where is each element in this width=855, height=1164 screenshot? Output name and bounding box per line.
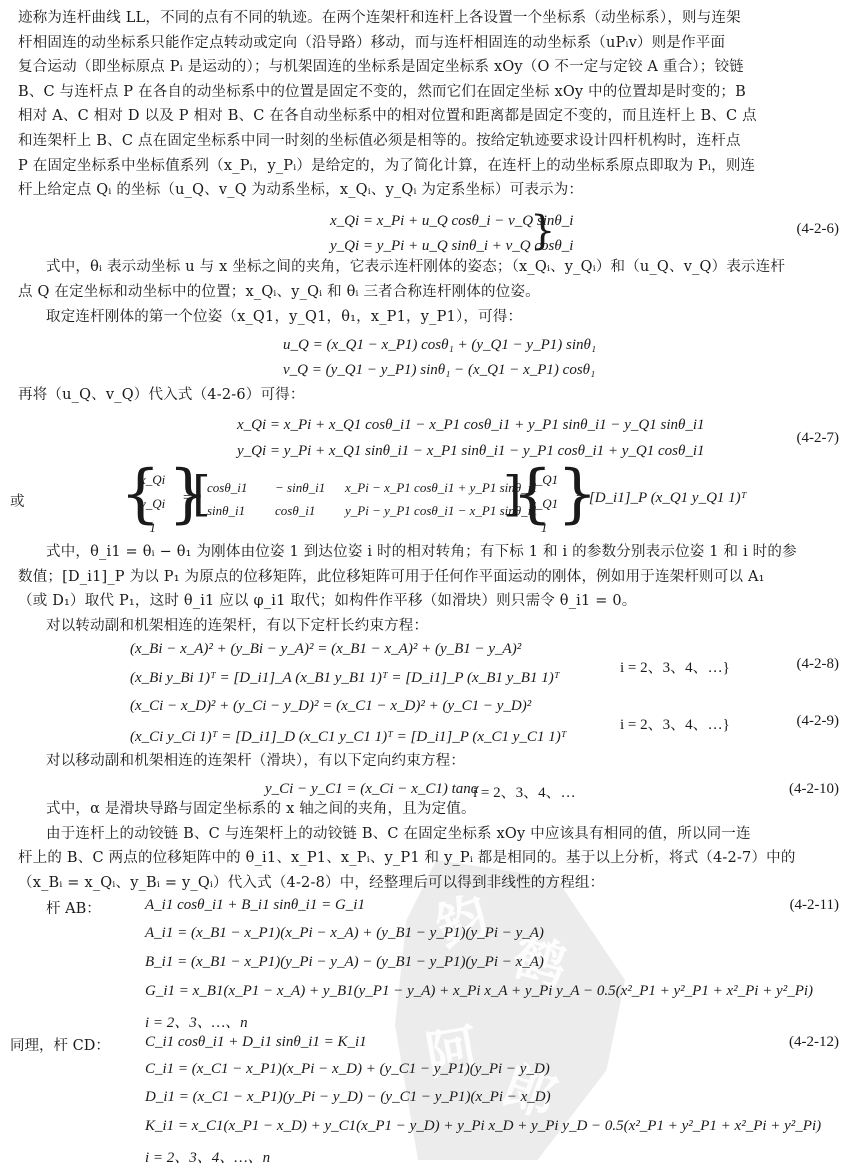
paragraph-slider: 对以移动副和机架相连的连架杆（滑块），有以下定向约束方程：	[18, 749, 840, 774]
equation-4-2-8-line1: (x_Bi − x_A)² + (y_Bi − y_A)² = (x_B1 − …	[130, 641, 521, 658]
equation-4-2-9-line1: (x_Ci − x_D)² + (y_Ci − y_D)² = (x_C1 − …	[130, 698, 531, 715]
text-line: 和连架杆上 B、C 点在固定坐标系中同一时刻的坐标值必须是相等的。按给定轨迹要求…	[18, 129, 840, 154]
paragraph-substitute: 再将（u_Q、v_Q）代入式（4-2-6）可得：	[18, 383, 840, 408]
right-brace: }	[530, 208, 555, 254]
lhs-vector: x_Qi y_Qi 1	[140, 468, 165, 540]
equation-4-2-8-line2: (x_Bi y_Bi 1)ᵀ = [D_i1]_A (x_B1 y_B1 1)ᵀ…	[130, 670, 560, 687]
text-line: 相对 A、C 相对 D 以及 P 相对 B、C 在各自动坐标系中的相对位置和距离…	[18, 104, 840, 129]
equation-number: (4-2-10)	[789, 781, 839, 798]
text-line: 式中，θ_i1 = θᵢ − θ₁ 为刚体由位姿 1 到达位姿 i 时的相对转角…	[18, 540, 840, 565]
equation-line: i = 2、3、…、n	[145, 1011, 248, 1032]
matrix-result: = [D_i1]_P (x_Q1 y_Q1 1)ᵀ	[575, 490, 746, 507]
equation-number: (4-2-6)	[797, 221, 839, 238]
equation-vQ: v_Q = (y_Q1 − y_P1) sinθ₁ − (x_Q1 − x_P1…	[283, 362, 595, 379]
watermark-seal: 鈞 鹤 阿 郎	[395, 860, 625, 1160]
text-line: 复合运动（即坐标原点 Pᵢ 是运动的）；与机架固连的坐标系是固定坐标系 xOy（…	[18, 55, 840, 80]
text-line: 杆上给定点 Qᵢ 的坐标（u_Q、v_Q 为动系坐标，x_Qᵢ、y_Qᵢ 为定系…	[18, 178, 840, 203]
equation-line: i = 2、3、4、…、n	[145, 1146, 270, 1164]
equation-line: C_i1 = (x_C1 − x_P1)(x_Pi − x_D) + (y_C1…	[145, 1061, 550, 1078]
equation-line: B_i1 = (x_B1 − x_P1)(y_Pi − y_A) − (y_B1…	[145, 954, 544, 971]
equation-line: A_i1 = (x_B1 − x_P1)(x_Pi − x_A) + (y_B1…	[145, 925, 544, 942]
label-link-cd: 同理，杆 CD：	[10, 1034, 110, 1055]
equation-number: (4-2-11)	[790, 897, 839, 914]
text-line: 取定连杆刚体的第一个位姿（x_Q1，y_Q1，θ₁，x_P1，y_P1），可得：	[18, 305, 840, 330]
equation-line: D_i1 = (x_C1 − x_P1)(y_Pi − y_D) − (y_C1…	[145, 1089, 551, 1106]
index-range: i = 2、3、4、…}	[620, 713, 730, 734]
text-line: 对以转动副和机架相连的连架杆，有以下定杆长约束方程：	[18, 614, 840, 639]
equation-number: (4-2-12)	[789, 1034, 839, 1051]
text-line: 式中，θᵢ 表示动坐标 u 与 x 坐标之间的夹角，它表示连杆刚体的姿态；（x_…	[18, 255, 840, 280]
text-line: 数值；[D_i1]_P 为以 P₁ 为原点的位移矩阵，此位移矩阵可用于任何作平面…	[18, 565, 840, 590]
equation-4-2-10: y_Ci − y_C1 = (x_Ci − x_C1) tanα	[265, 781, 479, 798]
equation-number: (4-2-9)	[797, 713, 839, 730]
text-line: B、C 与连杆点 P 在各自的动坐标系中的位置是固定不变的，然而它们在固定坐标 …	[18, 80, 840, 105]
paragraph-theta-description: 式中，θᵢ 表示动坐标 u 与 x 坐标之间的夹角，它表示连杆刚体的姿态；（x_…	[18, 255, 840, 304]
text-line: 杆上的 B、C 两点的位移矩阵中的 θ_i1、x_P1、x_Pᵢ、y_P1 和 …	[18, 846, 840, 871]
text-line: （或 D₁）取代 P₁，这时 θ_i1 应以 φ_i1 取代；如构件作平移（如滑…	[18, 589, 840, 614]
equation-uQ: u_Q = (x_Q1 − x_P1) cosθ₁ + (y_Q1 − y_P1…	[283, 337, 596, 354]
paragraph-analysis: 式中，α 是滑块导路与固定坐标系的 x 轴之间的夹角，且为定值。 由于连杆上的动…	[18, 797, 840, 895]
paragraph-first-pose: 取定连杆刚体的第一个位姿（x_Q1，y_Q1，θ₁，x_P1，y_P1），可得：	[18, 305, 840, 330]
text-line: 由于连杆上的动铰链 B、C 与连架杆上的动铰链 B、C 在固定坐标系 xOy 中…	[18, 822, 840, 847]
equation-4-2-9-line2: (x_Ci y_Ci 1)ᵀ = [D_i1]_D (x_C1 y_C1 1)ᵀ…	[130, 729, 566, 746]
text-line: 迹称为连杆曲线 LL，不同的点有不同的轨迹。在两个连架杆和连杆上各设置一个坐标系…	[18, 6, 840, 31]
equation-4-2-7-line2: y_Qi = y_Pi + x_Q1 sinθ_i1 − x_P1 sinθ_i…	[237, 443, 705, 460]
text-line: 式中，α 是滑块导路与固定坐标系的 x 轴之间的夹角，且为定值。	[18, 797, 840, 822]
equation-4-2-7-line1: x_Qi = x_Pi + x_Q1 cosθ_i1 − x_P1 cosθ_i…	[237, 417, 705, 434]
label-or: 或	[10, 490, 25, 511]
equation-line: C_i1 cosθ_i1 + D_i1 sinθ_i1 = K_i1	[145, 1034, 367, 1051]
text-line: （x_Bᵢ = x_Qᵢ、y_Bᵢ = y_Qᵢ）代入式（4-2-8）中，经整理…	[18, 871, 840, 896]
equation-line: K_i1 = x_C1(x_P1 − x_D) + y_C1(x_P1 − y_…	[145, 1118, 821, 1135]
paragraph-intro: 迹称为连杆曲线 LL，不同的点有不同的轨迹。在两个连架杆和连杆上各设置一个坐标系…	[18, 6, 840, 203]
equation-number: (4-2-8)	[797, 656, 839, 673]
paragraph-relative-rotation: 式中，θ_i1 = θᵢ − θ₁ 为刚体由位姿 1 到达位姿 i 时的相对转角…	[18, 540, 840, 638]
text-line: 杆相固连的动坐标系只能作定点转动或定向（沿导路）移动，而与连杆相固连的动坐标系（…	[18, 31, 840, 56]
text-line: P 在固定坐标系中坐标值系列（x_Pᵢ，y_Pᵢ）是给定的，为了简化计算，在连杆…	[18, 154, 840, 179]
label-link-ab: 杆 AB：	[46, 897, 101, 918]
equation-line: A_i1 cosθ_i1 + B_i1 sinθ_i1 = G_i1	[145, 897, 365, 914]
rhs-vector: x_Q1 y_Q1 1	[530, 468, 558, 540]
equation-number: (4-2-7)	[797, 430, 839, 447]
text-line: 对以移动副和机架相连的连架杆（滑块），有以下定向约束方程：	[18, 749, 840, 774]
equation-line: G_i1 = x_B1(x_P1 − x_A) + y_B1(y_P1 − y_…	[145, 983, 813, 1000]
text-line: 点 Q 在定坐标和动坐标中的位置；x_Qᵢ、y_Qᵢ 和 θᵢ 三者合称连杆刚体…	[18, 280, 840, 305]
text-line: 再将（u_Q、v_Q）代入式（4-2-6）可得：	[18, 383, 840, 408]
index-range: i = 2、3、4、…}	[620, 656, 730, 677]
